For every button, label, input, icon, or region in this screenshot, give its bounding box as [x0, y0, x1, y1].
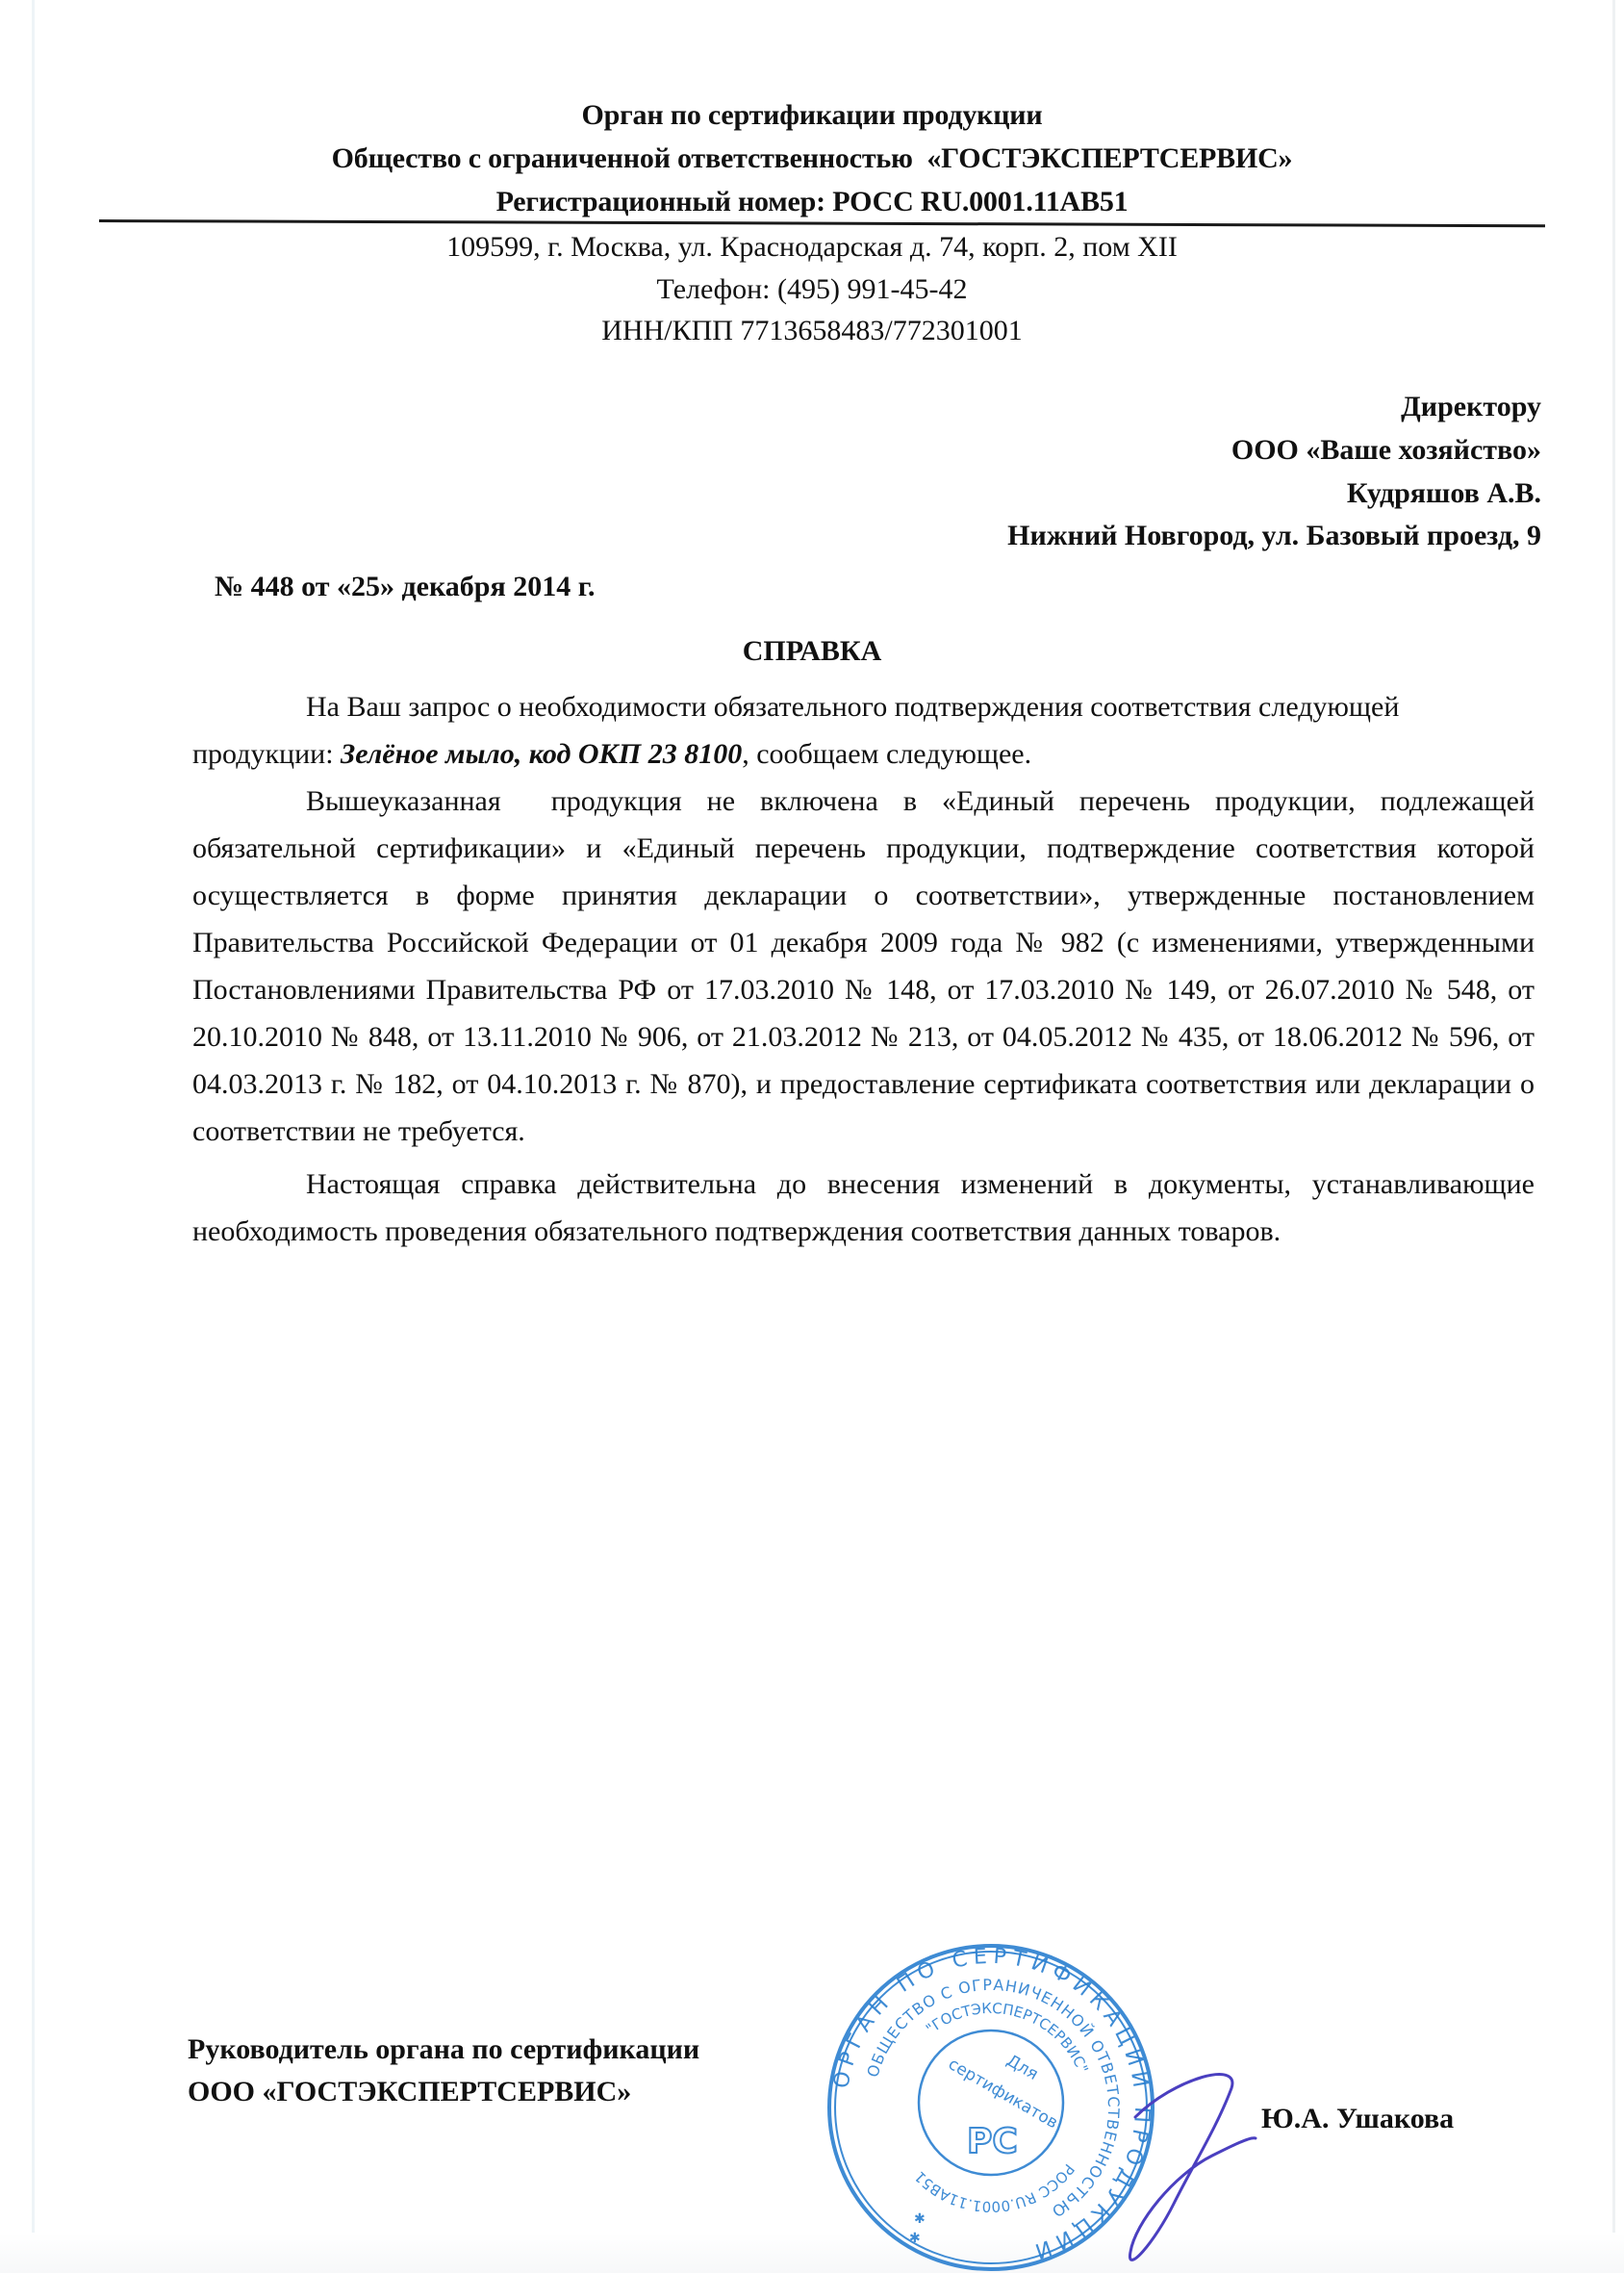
- recipient-address: Нижний Новгород, ул. Базовый проезд, 9: [1007, 520, 1541, 552]
- svg-text:РС: РС: [967, 2122, 1018, 2161]
- letterhead-phone: Телефон: (495) 991-45-42: [0, 273, 1624, 306]
- paragraph-conclusion: Вышеуказанная продукция не включена в «Е…: [192, 778, 1535, 1155]
- document-body: На Ваш запрос о необходимости обязательн…: [192, 683, 1535, 1255]
- certification-stamp-icon: ОРГАН ПО СЕРТИФИКАЦИИ ПРОДУКЦИИ ОБЩЕСТВО…: [823, 1939, 1159, 2273]
- svg-text:✱: ✱: [914, 2211, 926, 2227]
- paragraph-text: , сообщаем следующее.: [742, 738, 1031, 770]
- recipient-name: Кудряшов А.В.: [1347, 477, 1541, 510]
- letterhead-divider: [99, 219, 1545, 227]
- paragraph-request: На Ваш запрос о необходимости обязательн…: [192, 683, 1535, 778]
- letterhead-address: 109599, г. Москва, ул. Краснодарская д. …: [0, 231, 1624, 264]
- paragraph-validity: Настоящая справка действительна до внесе…: [192, 1161, 1535, 1255]
- svg-text:✱: ✱: [909, 2231, 921, 2246]
- letterhead-inn: ИНН/КПП 7713658483/772301001: [0, 315, 1624, 347]
- document-title: СПРАВКА: [0, 635, 1624, 668]
- document-reference: № 448 от «25» декабря 2014 г.: [215, 571, 595, 603]
- product-name: Зелёное мыло, код ОКП 23 8100: [341, 738, 742, 770]
- letterhead-company-line: Общество с ограниченной ответственностью…: [0, 142, 1624, 175]
- signatory-title: Руководитель органа по сертификации ООО …: [188, 2029, 699, 2113]
- letterhead-org-line: Орган по сертификации продукции: [0, 99, 1624, 132]
- letterhead-reg-number: Регистрационный номер: РОСС RU.0001.11АВ…: [0, 186, 1624, 218]
- handwritten-signature-icon: [1116, 2059, 1260, 2273]
- signer-name: Ю.А. Ушакова: [1261, 2103, 1454, 2135]
- recipient-position: Директору: [1401, 391, 1541, 423]
- recipient-company: ООО «Ваше хозяйство»: [1231, 434, 1541, 467]
- scan-shadow: [0, 2233, 1624, 2273]
- svg-text:Для: Для: [1003, 2051, 1042, 2084]
- signatory-organization: ООО «ГОСТЭКСПЕРТСЕРВИС»: [188, 2071, 699, 2113]
- signatory-position: Руководитель органа по сертификации: [188, 2029, 699, 2071]
